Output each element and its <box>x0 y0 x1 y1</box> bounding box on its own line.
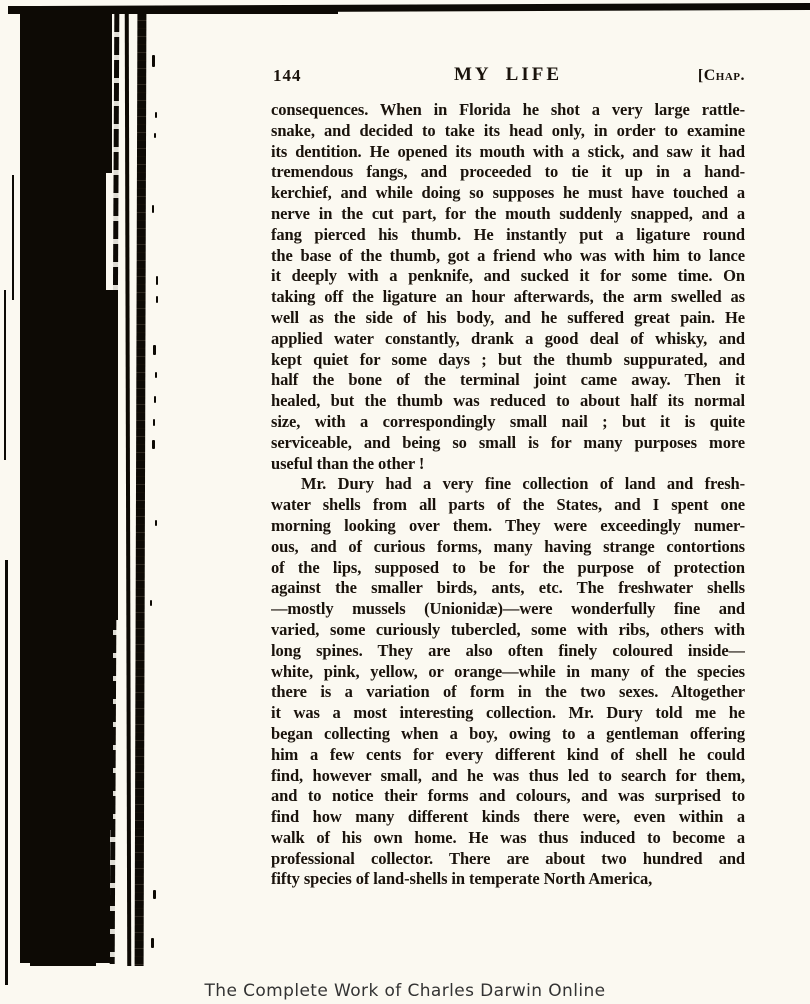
text-line: kept quiet for some days ; but the thumb… <box>271 350 745 371</box>
text-line: well as the side of his body, and he suf… <box>271 308 745 329</box>
scan-gutter-band-edge <box>104 13 112 173</box>
text-line: there is a variation of form in the two … <box>271 682 745 703</box>
scan-edge-line <box>12 175 14 300</box>
site-caption: The Complete Work of Charles Darwin Onli… <box>0 981 810 1001</box>
text-line: water shells from all parts of the State… <box>271 495 745 516</box>
text-line: it was a most interesting collection. Mr… <box>271 703 745 724</box>
text-line: him a few cents for every different kind… <box>271 745 745 766</box>
scan-speck <box>156 296 158 303</box>
text-line: consequences. When in Florida he shot a … <box>271 100 745 121</box>
scan-gutter-band-foot <box>30 958 96 966</box>
text-line: and to notice their forms and colours, a… <box>271 786 745 807</box>
text-line: against the smaller birds, ants, etc. Th… <box>271 578 745 599</box>
text-line: useful than the other ! <box>271 454 745 475</box>
scan-speck <box>152 55 155 67</box>
scan-speck <box>156 276 158 285</box>
scan-edge-line <box>5 560 8 985</box>
text-line: of the lips, supposed to be for the purp… <box>271 558 745 579</box>
text-line: walk of his own home. He was thus induce… <box>271 828 745 849</box>
text-line: healed, but the thumb was reduced to abo… <box>271 391 745 412</box>
paragraph: consequences. When in Florida he shot a … <box>271 100 745 474</box>
text-line: find, however small, and he was thus led… <box>271 766 745 787</box>
text-line: Mr. Dury had a very fine collection of l… <box>271 474 745 495</box>
text-line: snake, and decided to take its head only… <box>271 121 745 142</box>
text-line: kerchief, and while doing so supposes he… <box>271 183 745 204</box>
body-text: consequences. When in Florida he shot a … <box>271 100 745 890</box>
scan-speck <box>152 205 154 213</box>
scan-speck <box>154 133 156 138</box>
chapter-marker: [Chap. <box>698 67 745 85</box>
text-line: long spines. They are also often finely … <box>271 641 745 662</box>
scan-speck <box>153 345 156 355</box>
text-line: the base of the thumb, got a friend who … <box>271 246 745 267</box>
scan-gutter-band <box>20 13 106 963</box>
scan-speck <box>155 112 157 118</box>
text-line: began collecting when a boy, owing to a … <box>271 724 745 745</box>
text-line: white, pink, yellow, or orange—while in … <box>271 662 745 683</box>
page-content: 144 MY LIFE [Chap. consequences. When in… <box>271 64 745 890</box>
text-line: it deeply with a penknife, and sucked it… <box>271 266 745 287</box>
text-line: varied, some curiously tubercled, some w… <box>271 620 745 641</box>
scan-speck <box>155 372 157 378</box>
text-line: its dentition. He opened its mouth with … <box>271 142 745 163</box>
running-title: MY LIFE <box>271 64 745 86</box>
scan-edge-line <box>4 290 6 460</box>
scan-speck <box>155 520 157 526</box>
text-line: fifty species of land-shells in temperat… <box>271 869 745 890</box>
scan-speck <box>153 419 155 426</box>
text-line: serviceable, and being so small is for m… <box>271 433 745 454</box>
scan-speck <box>154 396 156 403</box>
scanned-page: 144 MY LIFE [Chap. consequences. When in… <box>0 0 810 1004</box>
scan-speck <box>151 938 154 948</box>
scan-gutter-stripe <box>135 13 147 966</box>
scan-speck <box>150 600 152 606</box>
paragraph: Mr. Dury had a very fine collection of l… <box>271 474 745 890</box>
text-line: nerve in the cut part, for the mouth sud… <box>271 204 745 225</box>
text-line: tremendous fangs, and proceeded to tie i… <box>271 162 745 183</box>
text-line: taking off the ligature an hour afterwar… <box>271 287 745 308</box>
text-line: ous, and of curious forms, many having s… <box>271 537 745 558</box>
text-line: —mostly mussels (Unionidæ)—were wonderfu… <box>271 599 745 620</box>
text-line: professional collector. There are about … <box>271 849 745 870</box>
text-line: size, with a correspondingly small nail … <box>271 412 745 433</box>
scan-gutter-stripe <box>125 13 131 966</box>
text-line: half the bone of the terminal joint came… <box>271 370 745 391</box>
page-header: 144 MY LIFE [Chap. <box>271 64 745 88</box>
scan-speck <box>153 890 156 899</box>
text-line: morning looking over them. They were exc… <box>271 516 745 537</box>
text-line: fang pierced his thumb. He instantly put… <box>271 225 745 246</box>
text-line: find how many different kinds there were… <box>271 807 745 828</box>
scan-speck <box>152 440 155 449</box>
text-line: applied water constantly, drank a good d… <box>271 329 745 350</box>
